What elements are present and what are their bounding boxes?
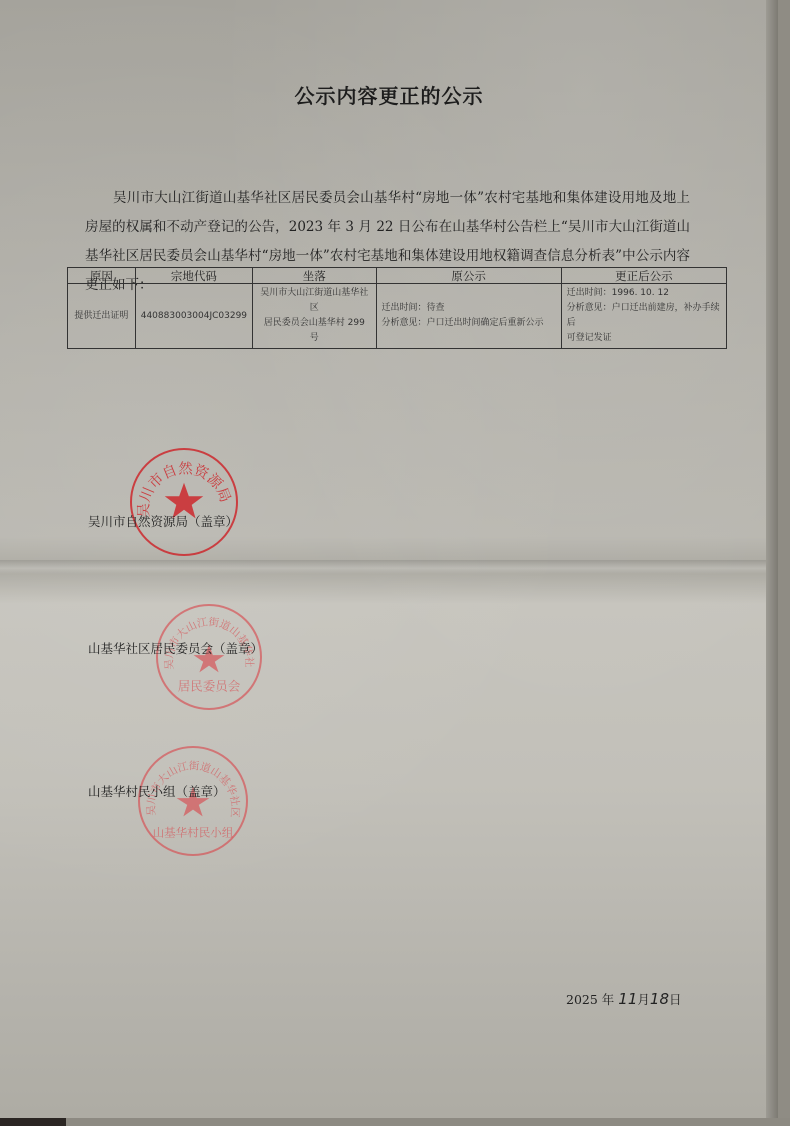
original-line: 迁出时间：待查 (382, 301, 556, 316)
signature-label-committee: 山基华社区居民委员会（盖章） (88, 639, 263, 657)
signature-label-bureau: 吴川市自然资源局（盖章） (88, 512, 238, 530)
original-line: 分析意见：户口迁出时间确定后重新公示 (382, 316, 556, 331)
document-page: 公示内容更正的公示 吴川市大山江街道山基华社区居民委员会山基华村“房地一体”农村… (0, 0, 778, 1118)
cell-corrected: 迁出时间：1996. 10. 12 分析意见：户口迁出前建房，补办手续后 可登记… (561, 284, 726, 349)
correction-table: 原因 宗地代码 坐落 原公示 更正后公示 提供迁出证明 440883003004… (67, 267, 727, 349)
paper-fold (0, 560, 778, 574)
header-original: 原公示 (376, 268, 561, 284)
paper-edge (766, 0, 778, 1118)
seal-graphic: 吴川市大山江街道山基华社区 居民委员会 (158, 606, 260, 708)
table-row: 提供迁出证明 440883003004JC03299 吴川市大山江街道山基华社区… (68, 284, 727, 349)
cell-original: 迁出时间：待查 分析意见：户口迁出时间确定后重新公示 (376, 284, 561, 349)
signature-label-village: 山基华村民小组（盖章） (88, 782, 226, 800)
seal-natural-resources-bureau: 吴川市自然资源局 (130, 448, 238, 556)
location-line: 居民委员会山基华村 299 号 (258, 316, 370, 346)
background-surface (0, 1118, 790, 1126)
corrected-line: 可登记发证 (567, 331, 721, 346)
header-reason: 原因 (68, 268, 136, 284)
seal-graphic: 吴川市大山江街道山基华社区 山基华村民小组 (140, 748, 246, 854)
seal-village-group: 吴川市大山江街道山基华社区 山基华村民小组 (138, 746, 248, 856)
header-parcel-code: 宗地代码 (135, 268, 252, 284)
background-corner (0, 1118, 66, 1126)
seal-bottom-text: 山基华村民小组 (153, 826, 234, 840)
header-corrected: 更正后公示 (561, 268, 726, 284)
header-location: 坐落 (253, 268, 376, 284)
date-year-unit: 年 (602, 992, 615, 1007)
seal-bottom-text: 居民委员会 (178, 679, 241, 694)
date-month-unit: 月 (637, 992, 650, 1007)
date-month: 11 (618, 990, 637, 1008)
cell-location: 吴川市大山江街道山基华社区 居民委员会山基华村 299 号 (253, 284, 376, 349)
location-line: 吴川市大山江街道山基华社区 (258, 286, 370, 316)
seal-graphic: 吴川市自然资源局 (132, 450, 236, 554)
seal-community-committee: 吴川市大山江街道山基华社区 居民委员会 (156, 604, 262, 710)
table-header-row: 原因 宗地代码 坐落 原公示 更正后公示 (68, 268, 727, 284)
date-day-unit: 日 (669, 992, 682, 1007)
date-day: 18 (650, 990, 669, 1008)
cell-parcel-code: 440883003004JC03299 (135, 284, 252, 349)
corrected-line: 迁出时间：1996. 10. 12 (567, 286, 721, 301)
signing-date: 2025 年 11月18日 (566, 990, 682, 1008)
page-title: 公示内容更正的公示 (0, 80, 778, 109)
cell-reason: 提供迁出证明 (68, 284, 136, 349)
corrected-line: 分析意见：户口迁出前建房，补办手续后 (567, 301, 721, 331)
date-year: 2025 (566, 992, 598, 1007)
